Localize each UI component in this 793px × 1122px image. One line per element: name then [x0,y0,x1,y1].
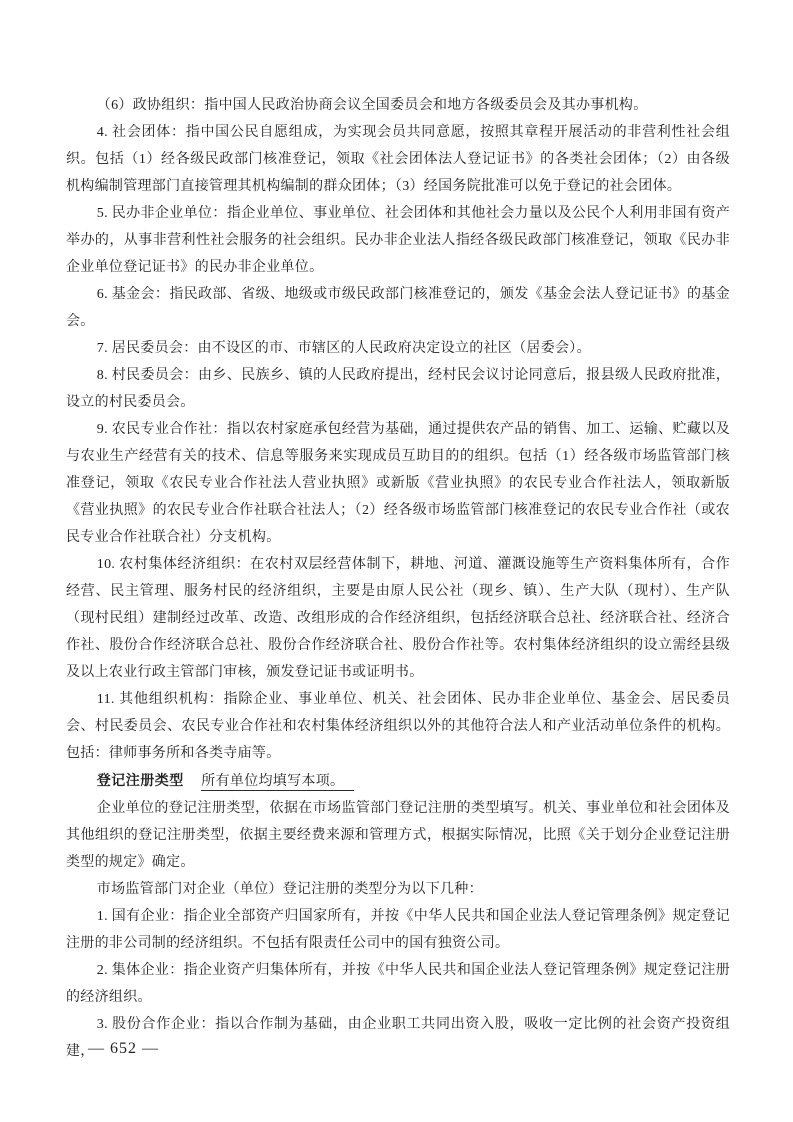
paragraph-registration-type-intro: 企业单位的登记注册类型，依据在市场监管部门登记注册的类型填写。机关、事业单位和社… [66,795,730,876]
paragraph-villagers-committee: 8. 村民委员会：由乡、民族乡、镇的人民政府提出，经村民会议讨论同意后，报县级人… [66,362,730,416]
paragraph-rural-collective-economic: 10. 农村集体经济组织：在农村双层经营体制下，耕地、河道、灌溉设施等生产资料集… [66,551,730,686]
document-page: （6）政协组织：指中国人民政治协商会议全国委员会和地方各级委员会及其办事机构。 … [0,0,793,1122]
page-number: — 652 — [88,1040,159,1057]
paragraph-farmers-cooperatives: 9. 农民专业合作社：指以农村家庭承包经营为基础，通过提供农产品的销售、加工、运… [66,416,730,551]
paragraph-private-non-enterprise: 5. 民办非企业单位：指企业单位、事业单位、社会团体和其他社会力量以及公民个人利… [66,200,730,281]
paragraph-state-owned-enterprise: 1. 国有企业：指企业全部资产归国家所有，并按《中华人民共和国企业法人登记管理条… [66,903,730,957]
paragraph-collective-enterprise: 2. 集体企业：指企业资产归集体所有，并按《中华人民共和国企业法人登记管理条例》… [66,957,730,1011]
paragraph-share-cooperative-enterprise: 3. 股份合作企业：指以合作制为基础，由企业职工共同出资入股，吸收一定比例的社会… [66,1011,730,1065]
section-heading-line: 登记注册类型 所有单位均填写本项。 [66,767,730,795]
paragraph-foundations: 6. 基金会：指民政部、省级、地级或市级民政部门核准登记的，颁发《基金会法人登记… [66,281,730,335]
paragraph-market-regulator-types: 市场监管部门对企业（单位）登记注册的类型分为以下几种： [66,876,730,903]
paragraph-other-organizations: 11. 其他组织机构：指除企业、事业单位、机关、社会团体、民办非企业单位、基金会… [66,686,730,767]
section-heading: 登记注册类型 [97,772,184,788]
page-footer: — 652 — [88,1039,159,1059]
section-heading-note: 所有单位均填写本项。 [201,774,354,791]
document-body: （6）政协组织：指中国人民政治协商会议全国委员会和地方各级委员会及其办事机构。 … [66,92,730,1065]
paragraph-political-consultative: （6）政协组织：指中国人民政治协商会议全国委员会和地方各级委员会及其办事机构。 [66,92,730,119]
paragraph-social-organizations: 4. 社会团体：指中国公民自愿组成，为实现会员共同意愿，按照其章程开展活动的非营… [66,119,730,200]
paragraph-residents-committee: 7. 居民委员会：由不设区的市、市辖区的人民政府决定设立的社区（居委会）。 [66,335,730,362]
